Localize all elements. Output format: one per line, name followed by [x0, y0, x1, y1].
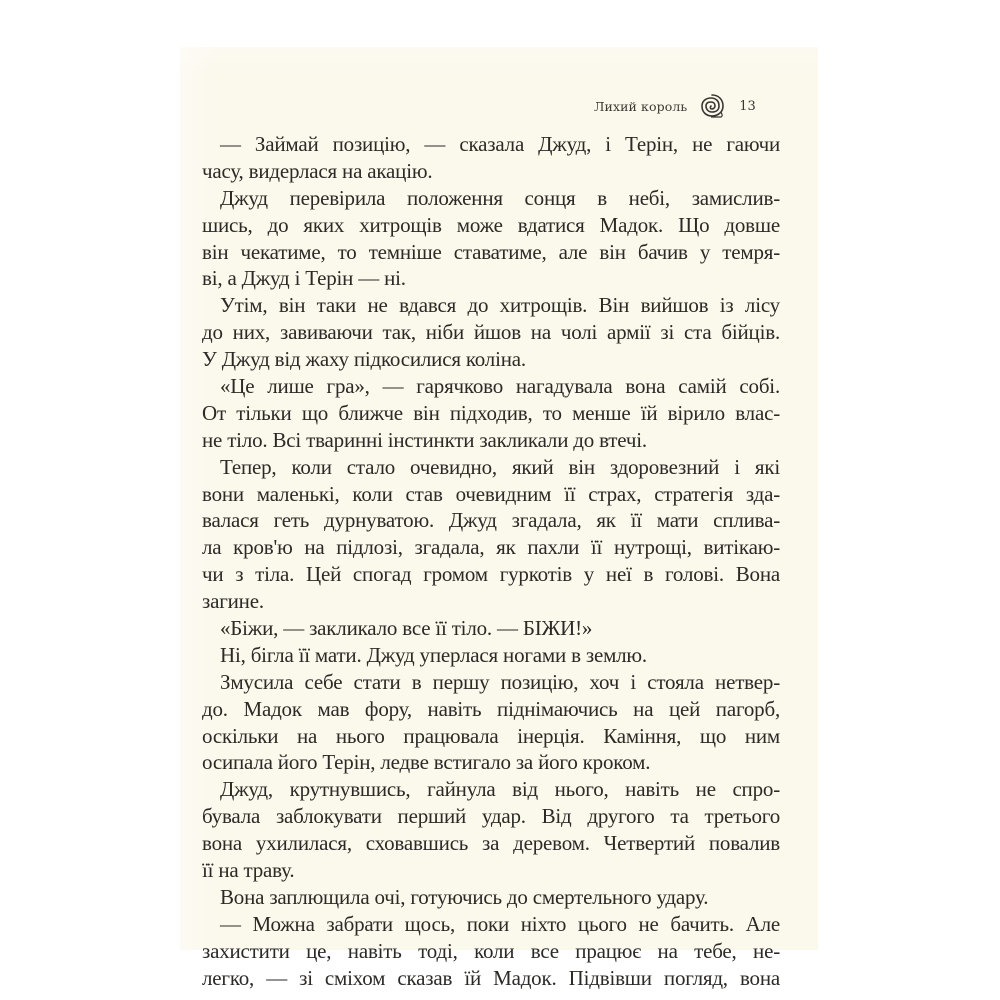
text-line: «Біжи, — закликало все її тіло. — БІЖИ!»: [202, 615, 780, 642]
text-line: Тепер, коли стало очевидно, який він здо…: [202, 454, 780, 481]
text-line: Ні, бігла її мати. Джуд уперлася ногами …: [202, 642, 780, 669]
text-line: не тіло. Всі тваринні інстинкти закликал…: [202, 427, 780, 454]
running-head: Лихий король 13: [594, 86, 756, 126]
text-line: Джуд перевірила положення сонця в небі, …: [202, 185, 780, 212]
text-line: легко, — зі сміхом сказав їй Мадок. Підв…: [202, 965, 780, 992]
book-title: Лихий король: [594, 99, 687, 114]
text-line: бувала заблокувати перший удар. Від друг…: [202, 803, 780, 830]
text-line: — Займай позицію, — сказала Джуд, і Тері…: [202, 131, 780, 158]
text-line: Вона заплющила очі, готуючись до смертел…: [202, 884, 780, 911]
body-text: — Займай позицію, — сказала Джуд, і Тері…: [202, 131, 780, 992]
text-line: до. Мадок мав фору, навіть піднімаючись …: [202, 696, 780, 723]
text-line: Джуд, крутнувшись, гайнула від нього, на…: [202, 776, 780, 803]
text-line: От тільки що ближче він підходив, то мен…: [202, 400, 780, 427]
text-line: У Джуд від жаху підкосилися коліна.: [202, 346, 780, 373]
text-line: її на траву.: [202, 857, 780, 884]
text-line: чи з тіла. Цей спогад громом гуркотів у …: [202, 561, 780, 588]
text-line: «Це лише гра», — гарячково нагадувала во…: [202, 373, 780, 400]
text-line: оскільки на нього працювала інерція. Кам…: [202, 723, 780, 750]
text-line: часу, видерлася на акацію.: [202, 158, 780, 185]
text-line: Утім, він таки не вдався до хитрощів. Ві…: [202, 292, 780, 319]
text-line: осипала його Терін, ледве встигало за йо…: [202, 749, 780, 776]
text-line: шись, до яких хитрощів може вдатися Мадо…: [202, 212, 780, 239]
text-line: — Можна забрати щось, поки ніхто цього н…: [202, 911, 780, 938]
page-number: 13: [739, 99, 756, 114]
text-line: ла кров'ю на підлозі, згадала, як пахли …: [202, 534, 780, 561]
text-line: вони маленькі, коли став очевидним її ст…: [202, 481, 780, 508]
text-line: вона ухилилася, сховавшись за деревом. Ч…: [202, 830, 780, 857]
spiral-shell-icon: [699, 93, 725, 119]
text-line: загине.: [202, 588, 780, 615]
text-line: до них, завиваючи так, ніби йшов на чолі…: [202, 319, 780, 346]
text-line: він чекатиме, то темніше ставатиме, але …: [202, 239, 780, 266]
text-line: Змусила себе стати в першу позицію, хоч …: [202, 669, 780, 696]
text-line: захистити це, навіть тоді, коли все прац…: [202, 938, 780, 965]
text-line: валася геть дурнуватою. Джуд згадала, як…: [202, 507, 780, 534]
text-line: ві, а Джуд і Терін — ні.: [202, 265, 780, 292]
